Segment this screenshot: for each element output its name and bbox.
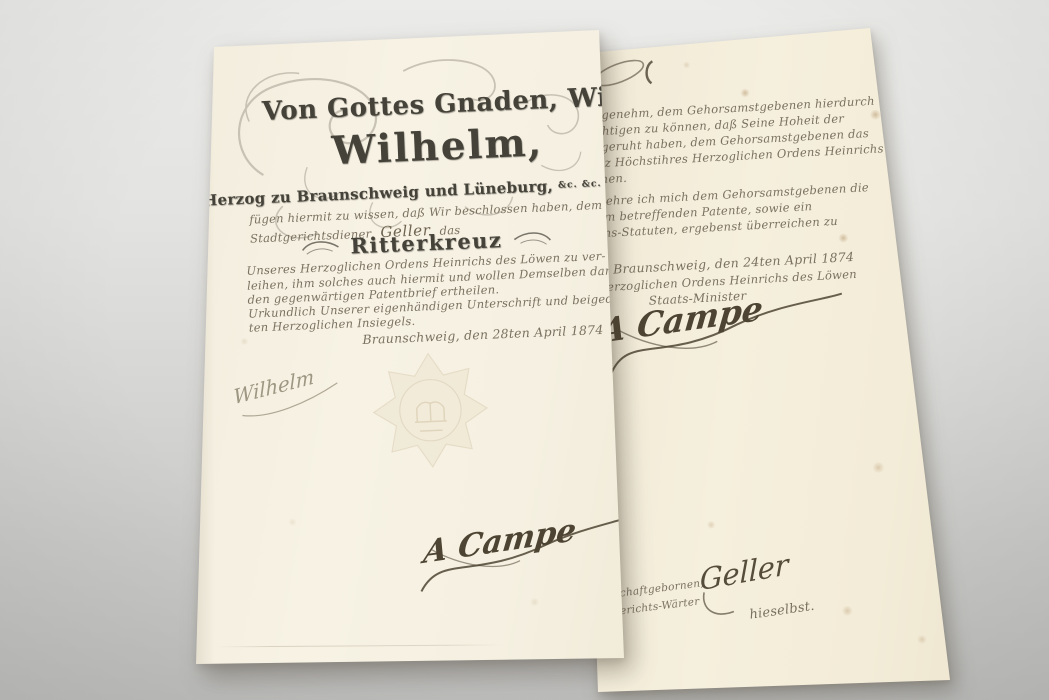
left-document: Von Gottes Gnaden, Wir, Wilhelm, Herzog …: [193, 29, 629, 666]
embossed-seal-icon: [363, 340, 499, 481]
foxing-spot: [869, 109, 882, 120]
foxing-spot: [872, 462, 886, 474]
flourish-left-icon: [300, 236, 341, 258]
duke-ink-signature: A Campe: [421, 512, 578, 570]
pencil-signature: Wilhelm: [231, 365, 317, 409]
foxing-spot: [682, 61, 690, 68]
foxing-spot: [529, 598, 539, 606]
foxing-spot: [917, 635, 927, 645]
recipient-name: Geller: [697, 548, 791, 597]
photo-backdrop: ist mir angenehm, dem Gehorsamstgebenen …: [0, 0, 1049, 700]
foxing-spot: [288, 518, 297, 526]
foxing-spot: [919, 257, 928, 266]
foxing-spot: [892, 123, 900, 131]
foxing-spot: [841, 606, 854, 617]
paper-crease: [215, 644, 505, 647]
foxing-spot: [740, 88, 750, 98]
foxing-spot: [706, 521, 715, 529]
flourish-right-icon: [512, 227, 553, 249]
foxing-spot: [838, 233, 849, 243]
signature-flourish-icon: [403, 502, 650, 600]
foxing-spot: [240, 338, 248, 345]
